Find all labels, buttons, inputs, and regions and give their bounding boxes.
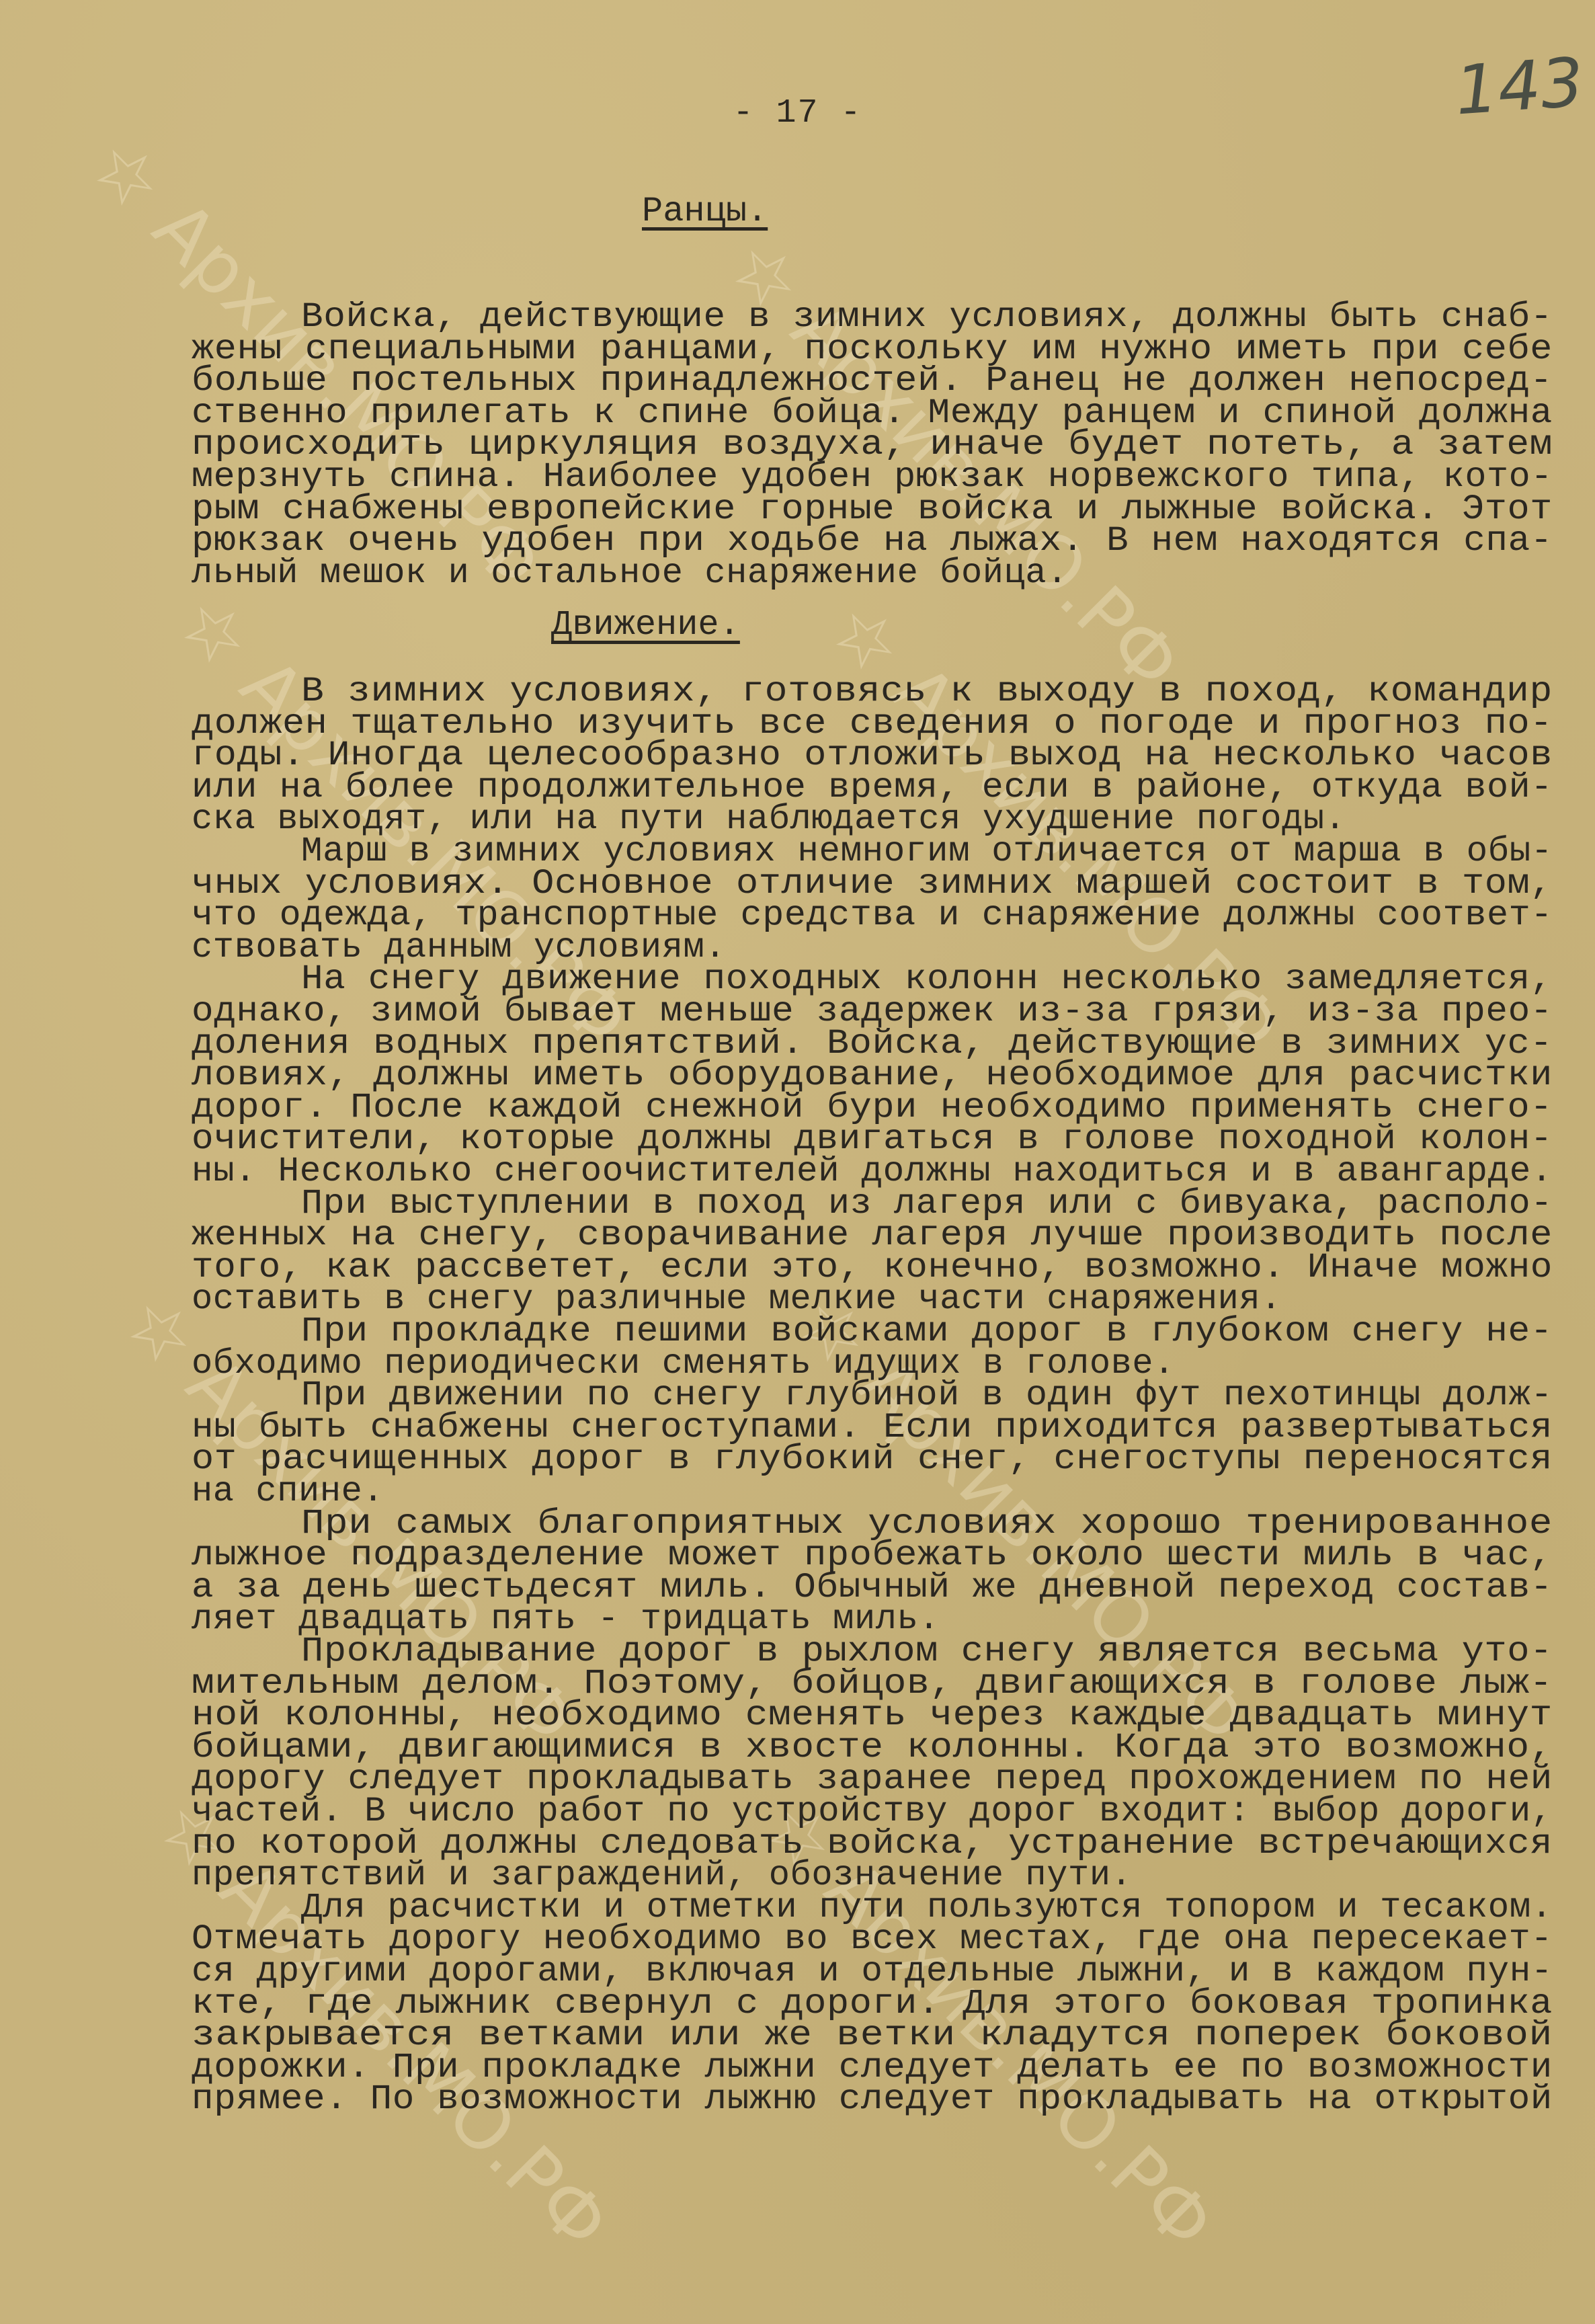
text-line: прямее. По возможности лыжню следует про… [192,2083,1553,2116]
section-heading-dvizhenie: Движение. [551,605,740,645]
archive-sheet-number: 143 [1453,42,1586,130]
text-line: от расчищенных дорог в глубокий снег, сн… [192,1443,1553,1476]
text-line: рюкзак очень удобен при ходьбе на лыжах.… [192,525,1553,557]
section-heading-rantsy: Ранцы. [642,192,768,231]
text-line: что одежда, транспортные средства и снар… [192,899,1553,932]
text-line: При прокладке пешими войсками дорог в гл… [301,1316,1553,1348]
text-line: льный мешок и остальное снаряжение бойца… [192,557,1068,590]
page-number: - 17 - [0,94,1595,132]
